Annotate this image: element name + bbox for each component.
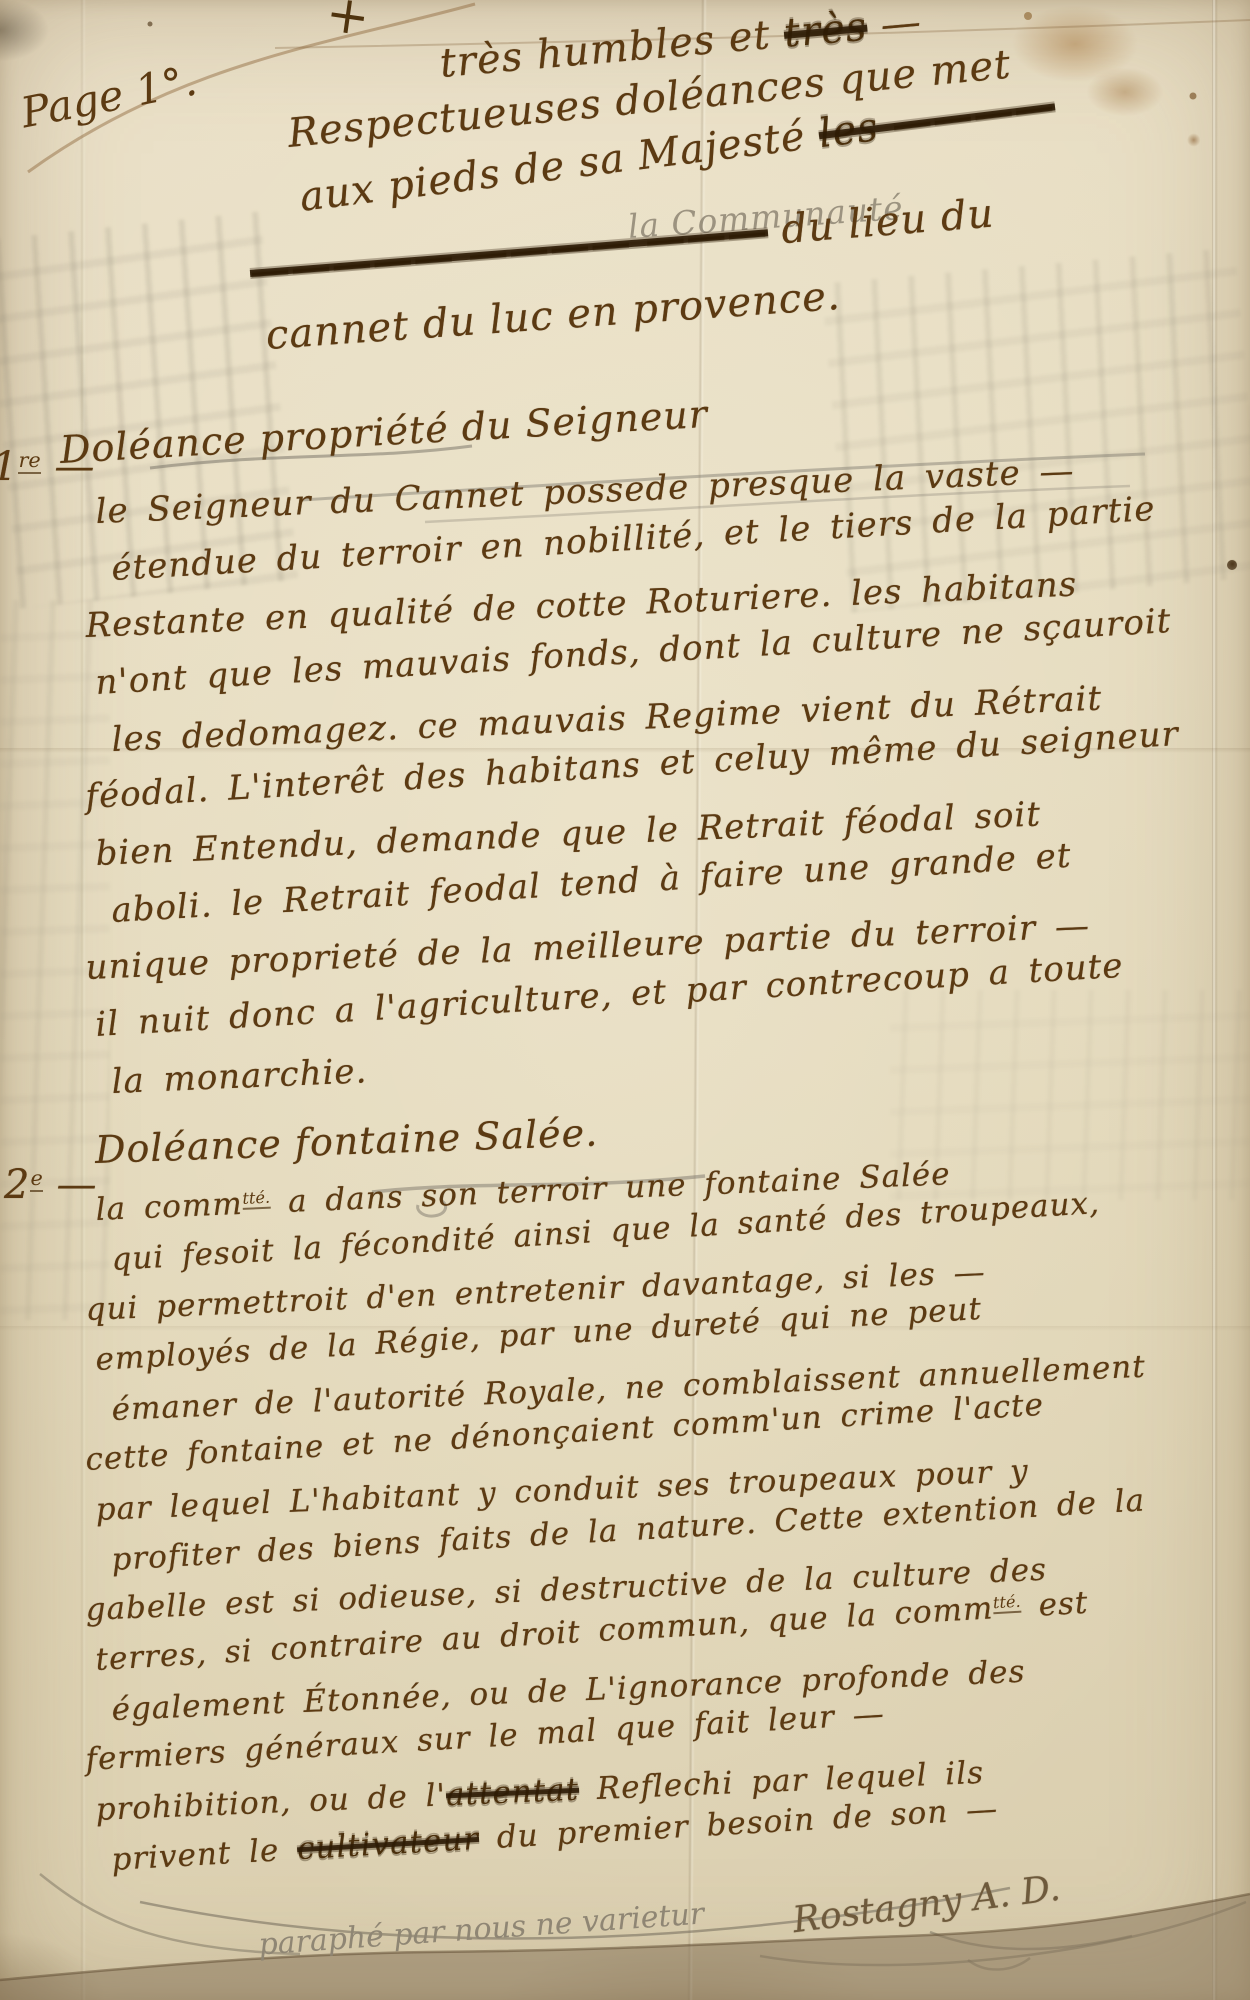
superscript-text: e [30, 1166, 42, 1192]
superscript-text: tté. [992, 1592, 1021, 1615]
handwritten-text: 2 [4, 1162, 30, 1208]
superscript-text: re [18, 448, 40, 474]
manuscript-scan: { "colors": { "ink": "#5c3a12", "pencil"… [0, 0, 1250, 2000]
handwritten-text: 1 [0, 444, 18, 490]
grievance-body-1: le Seigneur du Cannet possede presque la… [0, 492, 1250, 1119]
handwritten-text: la comm [95, 1186, 243, 1228]
handwritten-text: — [43, 1162, 98, 1208]
title-block: très humbles et très —Respectueuses dolé… [0, 34, 1250, 366]
superscript-text: tté. [242, 1188, 270, 1210]
handwritten-text: du lieu du [766, 191, 996, 255]
section-2: 2e — Doléance fontaine Salée. la commtté… [0, 1128, 1250, 1892]
handwritten-text: est [1020, 1585, 1090, 1625]
handwritten-text: — [865, 0, 924, 50]
section-1: 1re — Doléance propriété du Seigneur le … [0, 428, 1250, 1119]
grievance-body-2: la commtté. a dans son terroir une fonta… [0, 1192, 1250, 1892]
strikethrough-text: attentat [445, 1772, 580, 1814]
grievance-number-2: 2e — [4, 1162, 97, 1208]
